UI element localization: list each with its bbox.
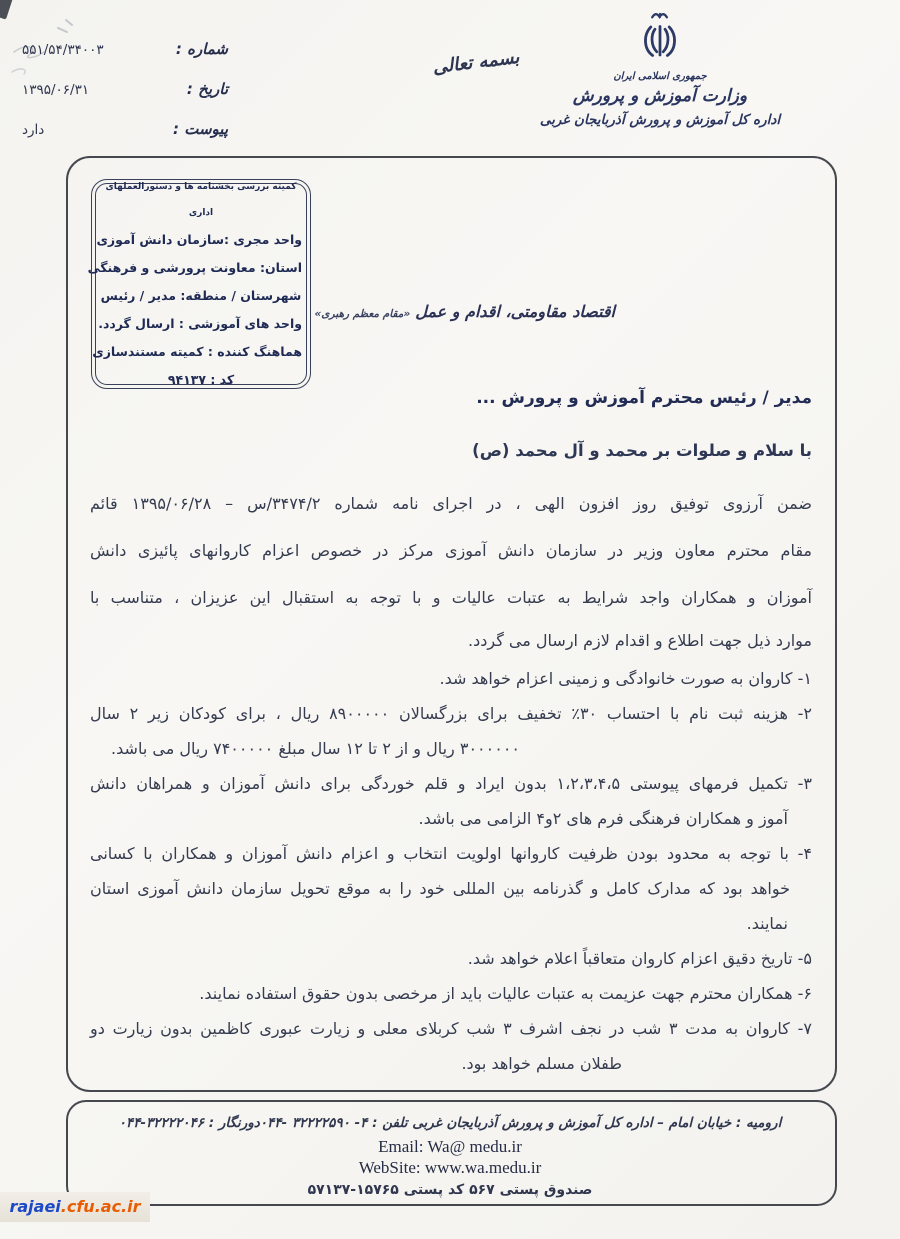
scanned-letter-page: { "page": { "meta": { "number_label": "ش… [0, 0, 900, 1239]
list-item-7-continued: طفلان مسلم خواهد بود. [90, 1046, 812, 1081]
year-slogan: اقتصاد مقاومتی، اقدام و عمل «مقام معظم ر… [330, 302, 615, 321]
letter-attachment-value: دارد [22, 122, 44, 138]
letter-number-row: شماره : ۵۵۱/۵۴/۳۴۰۰۳ [22, 40, 228, 80]
stamp-province: استان: معاونت پرورشی و فرهنگی [100, 254, 302, 282]
list-item-4: ۴- با توجه به محدود بودن ظرفیت کاروانها … [90, 836, 812, 871]
stamp-coordinator: هماهنگ کننده : کمیته مستندسازی [100, 338, 302, 366]
letter-date-value: ۱۳۹۵/۰۶/۳۱ [22, 82, 89, 98]
list-item-7: ۷- کاروان به مدت ۳ شب در نجف اشرف ۳ شب ک… [90, 1011, 812, 1046]
stamp-district: شهرستان / منطقه: مدیر / رئیس [100, 282, 302, 310]
stamp-title: کمیته بررسی بخشنامه ها و دستورالعملهای ا… [100, 174, 302, 226]
slogan-attribution: «مقام معظم رهبری» [314, 308, 410, 320]
list-item-2-continued: ۳۰۰۰۰۰۰ ریال و از ۲ تا ۱۲ سال مبلغ ۷۴۰۰۰… [90, 731, 812, 766]
letter-date-row: تاریخ : ۱۳۹۵/۰۶/۳۱ [22, 80, 228, 120]
stamp-school-units: واحد های آموزشی : ارسال گردد. [100, 310, 302, 338]
watermark-site-label: rajaei.cfu.ac.ir [0, 1192, 150, 1222]
list-item-1: ۱- کاروان به صورت خانوادگی و زمینی اعزام… [90, 661, 812, 696]
iran-emblem-icon [637, 10, 683, 66]
besmellah-text: بسمه تعالی [415, 45, 537, 80]
intro-line: ضمن آرزوی توفیق روز افزون الهی ، در اجرا… [90, 480, 812, 527]
watermark-site-name: rajaei [9, 1197, 60, 1216]
letterhead: جمهوری اسلامی ایران وزارت آموزش و پرورش … [530, 10, 790, 128]
list-item-6: ۶- همکاران محترم جهت عزیمت به عتبات عالی… [90, 976, 812, 1011]
footer-content: ارومیه : خیابان امام – اداره کل آموزش و … [80, 1110, 820, 1202]
list-item-3-continued: آموز و همکاران فرهنگی فرم های ۲و۴ الزامی… [90, 801, 812, 836]
footer-address: ارومیه : خیابان امام – اداره کل آموزش و … [80, 1110, 820, 1136]
intro-line: موارد ذیل جهت اطلاع و اقدام لازم ارسال م… [90, 621, 812, 661]
letter-date-label: تاریخ : [187, 80, 228, 98]
letter-number-label: شماره : [176, 40, 228, 58]
letterhead-country: جمهوری اسلامی ایران [530, 71, 790, 82]
watermark-site-domain: .cfu.ac.ir [61, 1197, 141, 1216]
letter-number-value: ۵۵۱/۵۴/۳۴۰۰۳ [22, 42, 104, 58]
committee-stamp-box: کمیته بررسی بخشنامه ها و دستورالعملهای ا… [95, 183, 307, 385]
list-item-2: ۲- هزینه ثبت نام با احتساب ۳۰٪ تخفیف برا… [90, 696, 812, 731]
slogan-text: اقتصاد مقاومتی، اقدام و عمل [415, 302, 615, 321]
footer-email: Email: Wa@ medu.ir [80, 1136, 820, 1157]
letter-attachment-label: پیوست : [173, 120, 228, 138]
letter-salutation: مدیر / رئیس محترم آموزش و پرورش ... [90, 388, 812, 408]
list-item-3: ۳- تکمیل فرمهای پیوستی ۱،۲،۳،۴،۵ بدون ای… [90, 766, 812, 801]
stamp-executor-unit: واحد مجری :سازمان دانش آموزی [100, 226, 302, 254]
list-item-4-continued: خواهد بود که مدارک کامل و گذرنامه بین ال… [90, 871, 812, 906]
footer-website: WebSite: www.wa.medu.ir [80, 1157, 820, 1178]
footer-po-box: صندوق پستی ۵۶۷ کد پستی ۵۷۱۳۷-۱۵۷۶۵ [80, 1178, 820, 1202]
letterhead-department: اداره کل آموزش و پرورش آذربایجان غربی [530, 112, 790, 128]
letter-greeting: با سلام و صلوات بر محمد و آل محمد (ص) [90, 441, 812, 460]
footer-po-box-label: صندوق پستی ۵۶۷ کد پستی [404, 1182, 593, 1198]
letter-meta-block: شماره : ۵۵۱/۵۴/۳۴۰۰۳ تاریخ : ۱۳۹۵/۰۶/۳۱ … [22, 40, 228, 160]
intro-line: مقام محترم معاون وزیر در سازمان دانش آمو… [90, 527, 812, 574]
footer-po-box-value: ۵۷۱۳۷-۱۵۷۶۵ [308, 1182, 399, 1198]
letter-attachment-row: پیوست : دارد [22, 120, 228, 160]
list-item-4-continued: نمایند. [90, 906, 812, 941]
intro-line: آموزان و همکاران واجد شرایط به عتبات عال… [90, 574, 812, 621]
letter-body: ضمن آرزوی توفیق روز افزون الهی ، در اجرا… [90, 480, 812, 1081]
letterhead-ministry: وزارت آموزش و پرورش [530, 86, 790, 106]
list-item-5: ۵- تاریخ دقیق اعزام کاروان متعاقباً اعلا… [90, 941, 812, 976]
